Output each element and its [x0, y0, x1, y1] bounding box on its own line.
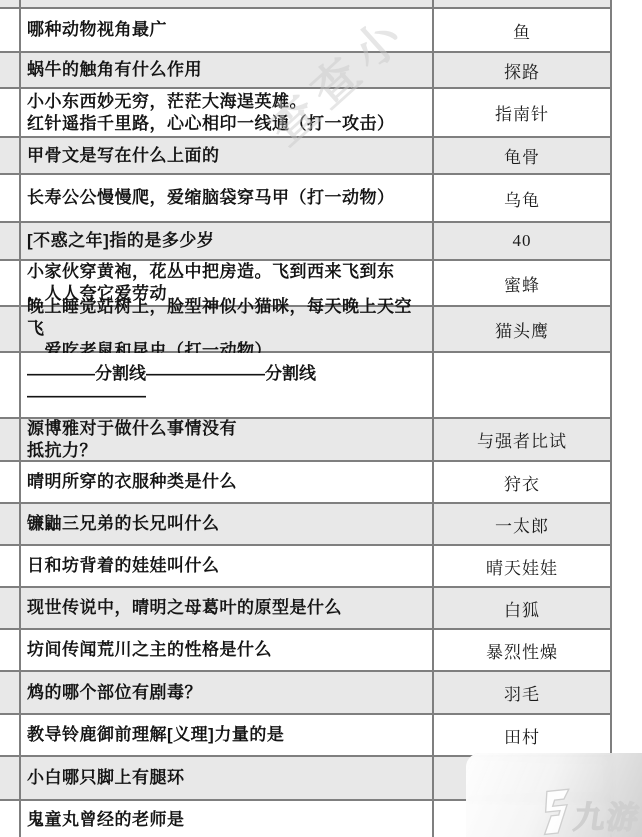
answer-cell [434, 0, 610, 7]
question-cell: 源博雅对于做什么事情没有 抵抗力？ [21, 419, 434, 460]
table-row: 鸩的哪个部位有剧毒？羽毛 [0, 672, 612, 715]
table-row: [不惑之年]指的是多少岁40 [0, 223, 612, 261]
question-cell: 晴明所穿的衣服种类是什么 [21, 462, 434, 502]
screenshot-root: 哪种动物视角最广鱼蜗牛的触角有什么作用探路小小东西妙无穷，茫茫大海逞英雄。 红针… [0, 0, 642, 837]
answer-cell: 鱼 [434, 9, 610, 51]
left-stub-cell [0, 757, 21, 799]
question-cell: 教导铃鹿御前理解[义理]力量的是 [21, 715, 434, 755]
watermark-blur-overlay: 九游 [466, 753, 642, 837]
answer-cell: 猫头鹰 [434, 307, 610, 351]
table-row: 长寿公公慢慢爬，爱缩脑袋穿马甲（打一动物）乌龟 [0, 175, 612, 223]
question-cell: 小小东西妙无穷，茫茫大海逞英雄。 红针遥指千里路，心心相印一线通（打一攻击） [21, 89, 434, 136]
table-row: 晚上睡觉站树上，脸型神似小猫咪，每天晚上天空飞 ，爱吃老鼠和昆虫（打一动物）猫头… [0, 307, 612, 353]
table-row: 镰鼬三兄弟的长兄叫什么一太郎 [0, 504, 612, 546]
question-cell [21, 0, 434, 7]
answer-cell: 一太郎 [434, 504, 610, 544]
answer-cell: 田村 [434, 715, 610, 755]
answer-cell: 指南针 [434, 89, 610, 136]
qa-table: 哪种动物视角最广鱼蜗牛的触角有什么作用探路小小东西妙无穷，茫茫大海逞英雄。 红针… [0, 0, 612, 837]
left-stub-cell [0, 419, 21, 460]
answer-cell: 蜜蜂 [434, 261, 610, 305]
question-cell: 日和坊背着的娃娃叫什么 [21, 546, 434, 586]
ninegame-logo: 九游 [538, 789, 640, 835]
table-row: 教导铃鹿御前理解[义理]力量的是田村 [0, 715, 612, 757]
question-cell: 鸩的哪个部位有剧毒？ [21, 672, 434, 713]
left-stub-cell [0, 672, 21, 713]
table-row: 蜗牛的触角有什么作用探路 [0, 53, 612, 89]
table-row: 晴明所穿的衣服种类是什么狩衣 [0, 462, 612, 504]
question-cell: 甲骨文是写在什么上面的 [21, 138, 434, 173]
left-stub-cell [0, 223, 21, 259]
question-cell: 晚上睡觉站树上，脸型神似小猫咪，每天晚上天空飞 ，爱吃老鼠和昆虫（打一动物） [21, 307, 434, 351]
question-cell: 坊间传闻荒川之主的性格是什么 [21, 630, 434, 670]
question-cell: 现世传说中，晴明之母葛叶的原型是什么 [21, 588, 434, 628]
answer-cell: 羽毛 [434, 672, 610, 713]
answer-cell: 狩衣 [434, 462, 610, 502]
answer-cell: 晴天娃娃 [434, 546, 610, 586]
left-stub-cell [0, 89, 21, 136]
answer-cell: 白狐 [434, 588, 610, 628]
question-cell: 蜗牛的触角有什么作用 [21, 53, 434, 87]
question-cell: [不惑之年]指的是多少岁 [21, 223, 434, 259]
answer-cell: 探路 [434, 53, 610, 87]
table-row: 坊间传闻荒川之主的性格是什么暴烈性燥 [0, 630, 612, 672]
left-stub-cell [0, 546, 21, 586]
table-row: 现世传说中，晴明之母葛叶的原型是什么白狐 [0, 588, 612, 630]
divider-row: ————分割线———————分割线——————— [0, 353, 612, 419]
left-stub-cell [0, 353, 21, 417]
left-stub-cell [0, 630, 21, 670]
table-row: 源博雅对于做什么事情没有 抵抗力？与强者比试 [0, 419, 612, 462]
partial-top-row [0, 0, 612, 9]
left-stub-cell [0, 0, 21, 7]
left-stub-cell [0, 53, 21, 87]
answer-cell: 与强者比试 [434, 419, 610, 460]
left-stub-cell [0, 261, 21, 305]
answer-cell: 40 [434, 223, 610, 259]
left-stub-cell [0, 504, 21, 544]
left-stub-cell [0, 462, 21, 502]
question-cell: 小白哪只脚上有腿环 [21, 757, 434, 799]
left-stub-cell [0, 715, 21, 755]
question-cell: ————分割线———————分割线——————— [21, 353, 434, 417]
left-stub-cell [0, 9, 21, 51]
left-stub-cell [0, 138, 21, 173]
ninegame-logo-text: 九游 [572, 801, 642, 835]
left-stub-cell [0, 307, 21, 351]
table-row: 小小东西妙无穷，茫茫大海逞英雄。 红针遥指千里路，心心相印一线通（打一攻击）指南… [0, 89, 612, 138]
left-stub-cell [0, 588, 21, 628]
answer-cell: 龟骨 [434, 138, 610, 173]
answer-cell [434, 353, 610, 417]
question-cell: 哪种动物视角最广 [21, 9, 434, 51]
left-stub-cell [0, 175, 21, 221]
table-row: 哪种动物视角最广鱼 [0, 9, 612, 53]
question-cell: 鬼童丸曾经的老师是 [21, 801, 434, 837]
question-cell: 长寿公公慢慢爬，爱缩脑袋穿马甲（打一动物） [21, 175, 434, 221]
question-cell: 镰鼬三兄弟的长兄叫什么 [21, 504, 434, 544]
table-row: 甲骨文是写在什么上面的龟骨 [0, 138, 612, 175]
answer-cell: 乌龟 [434, 175, 610, 221]
answer-cell: 暴烈性燥 [434, 630, 610, 670]
9game-g-icon [536, 787, 575, 836]
table-row: 日和坊背着的娃娃叫什么晴天娃娃 [0, 546, 612, 588]
left-stub-cell [0, 801, 21, 837]
